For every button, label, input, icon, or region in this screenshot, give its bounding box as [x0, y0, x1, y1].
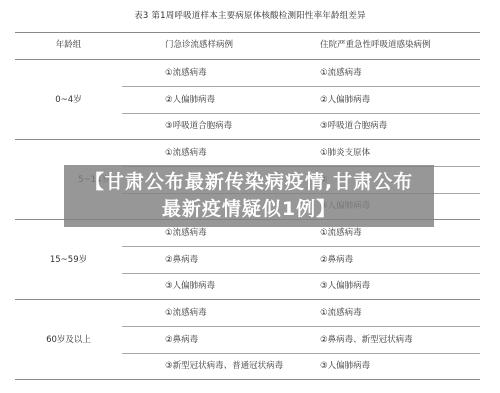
- table-cell: ①流感病毒: [165, 300, 207, 326]
- table-bottom-rule: [15, 379, 480, 380]
- headline-line-1: 【甘肃公布最新传染病疫情,甘肃公布: [64, 169, 434, 196]
- table-cell: ③人偏肺病毒: [320, 353, 370, 379]
- group-divider: [15, 299, 480, 300]
- table-cell: ②鼻病毒: [320, 247, 353, 273]
- table-cell: ②鼻病毒: [165, 247, 198, 273]
- table-cell: ①流感病毒: [320, 300, 362, 326]
- age-group-label: 15~59岁: [15, 253, 122, 265]
- table-cell: ③人偏肺病毒: [165, 273, 215, 299]
- headline-banner: 【甘肃公布最新传染病疫情,甘肃公布 最新疫情疑似1例】: [64, 165, 434, 227]
- age-group-label: 0~4岁: [15, 93, 122, 105]
- age-group-label: 60岁及以上: [15, 333, 122, 345]
- table-cell: ③呼吸道合胞病毒: [165, 113, 232, 139]
- table-cell: ③人偏肺病毒: [320, 273, 370, 299]
- table-cell: ②人偏肺病毒: [320, 87, 370, 113]
- table-cell: ①流感病毒: [165, 140, 207, 166]
- table-cell: ①肺炎支原体: [320, 140, 370, 166]
- table-cell: ③新型冠状病毒、普通冠状病毒: [165, 353, 283, 379]
- header-inpatient: 住院严重急性呼吸道感染病例: [320, 32, 431, 59]
- table-cell: ③呼吸道合胞病毒: [320, 113, 387, 139]
- header-age-group: 年龄组: [15, 32, 122, 59]
- group-divider: [15, 139, 480, 140]
- headline-line-2: 最新疫情疑似1例】: [64, 196, 434, 223]
- table-cell: ①流感病毒: [320, 60, 362, 86]
- table-cell: ①流感病毒: [165, 60, 207, 86]
- header-outpatient: 门急诊流感样病例: [165, 32, 233, 59]
- table-cell: ②鼻病毒: [165, 327, 198, 353]
- header-bottom-rule: [15, 59, 480, 60]
- table-cell: ②人偏肺病毒: [165, 87, 215, 113]
- table-cell: ②鼻病毒、新型冠状病毒: [320, 327, 413, 353]
- table-title: 表3 第1周呼吸道样本主要病原体核酸检测阳性率年龄组差异: [0, 9, 500, 21]
